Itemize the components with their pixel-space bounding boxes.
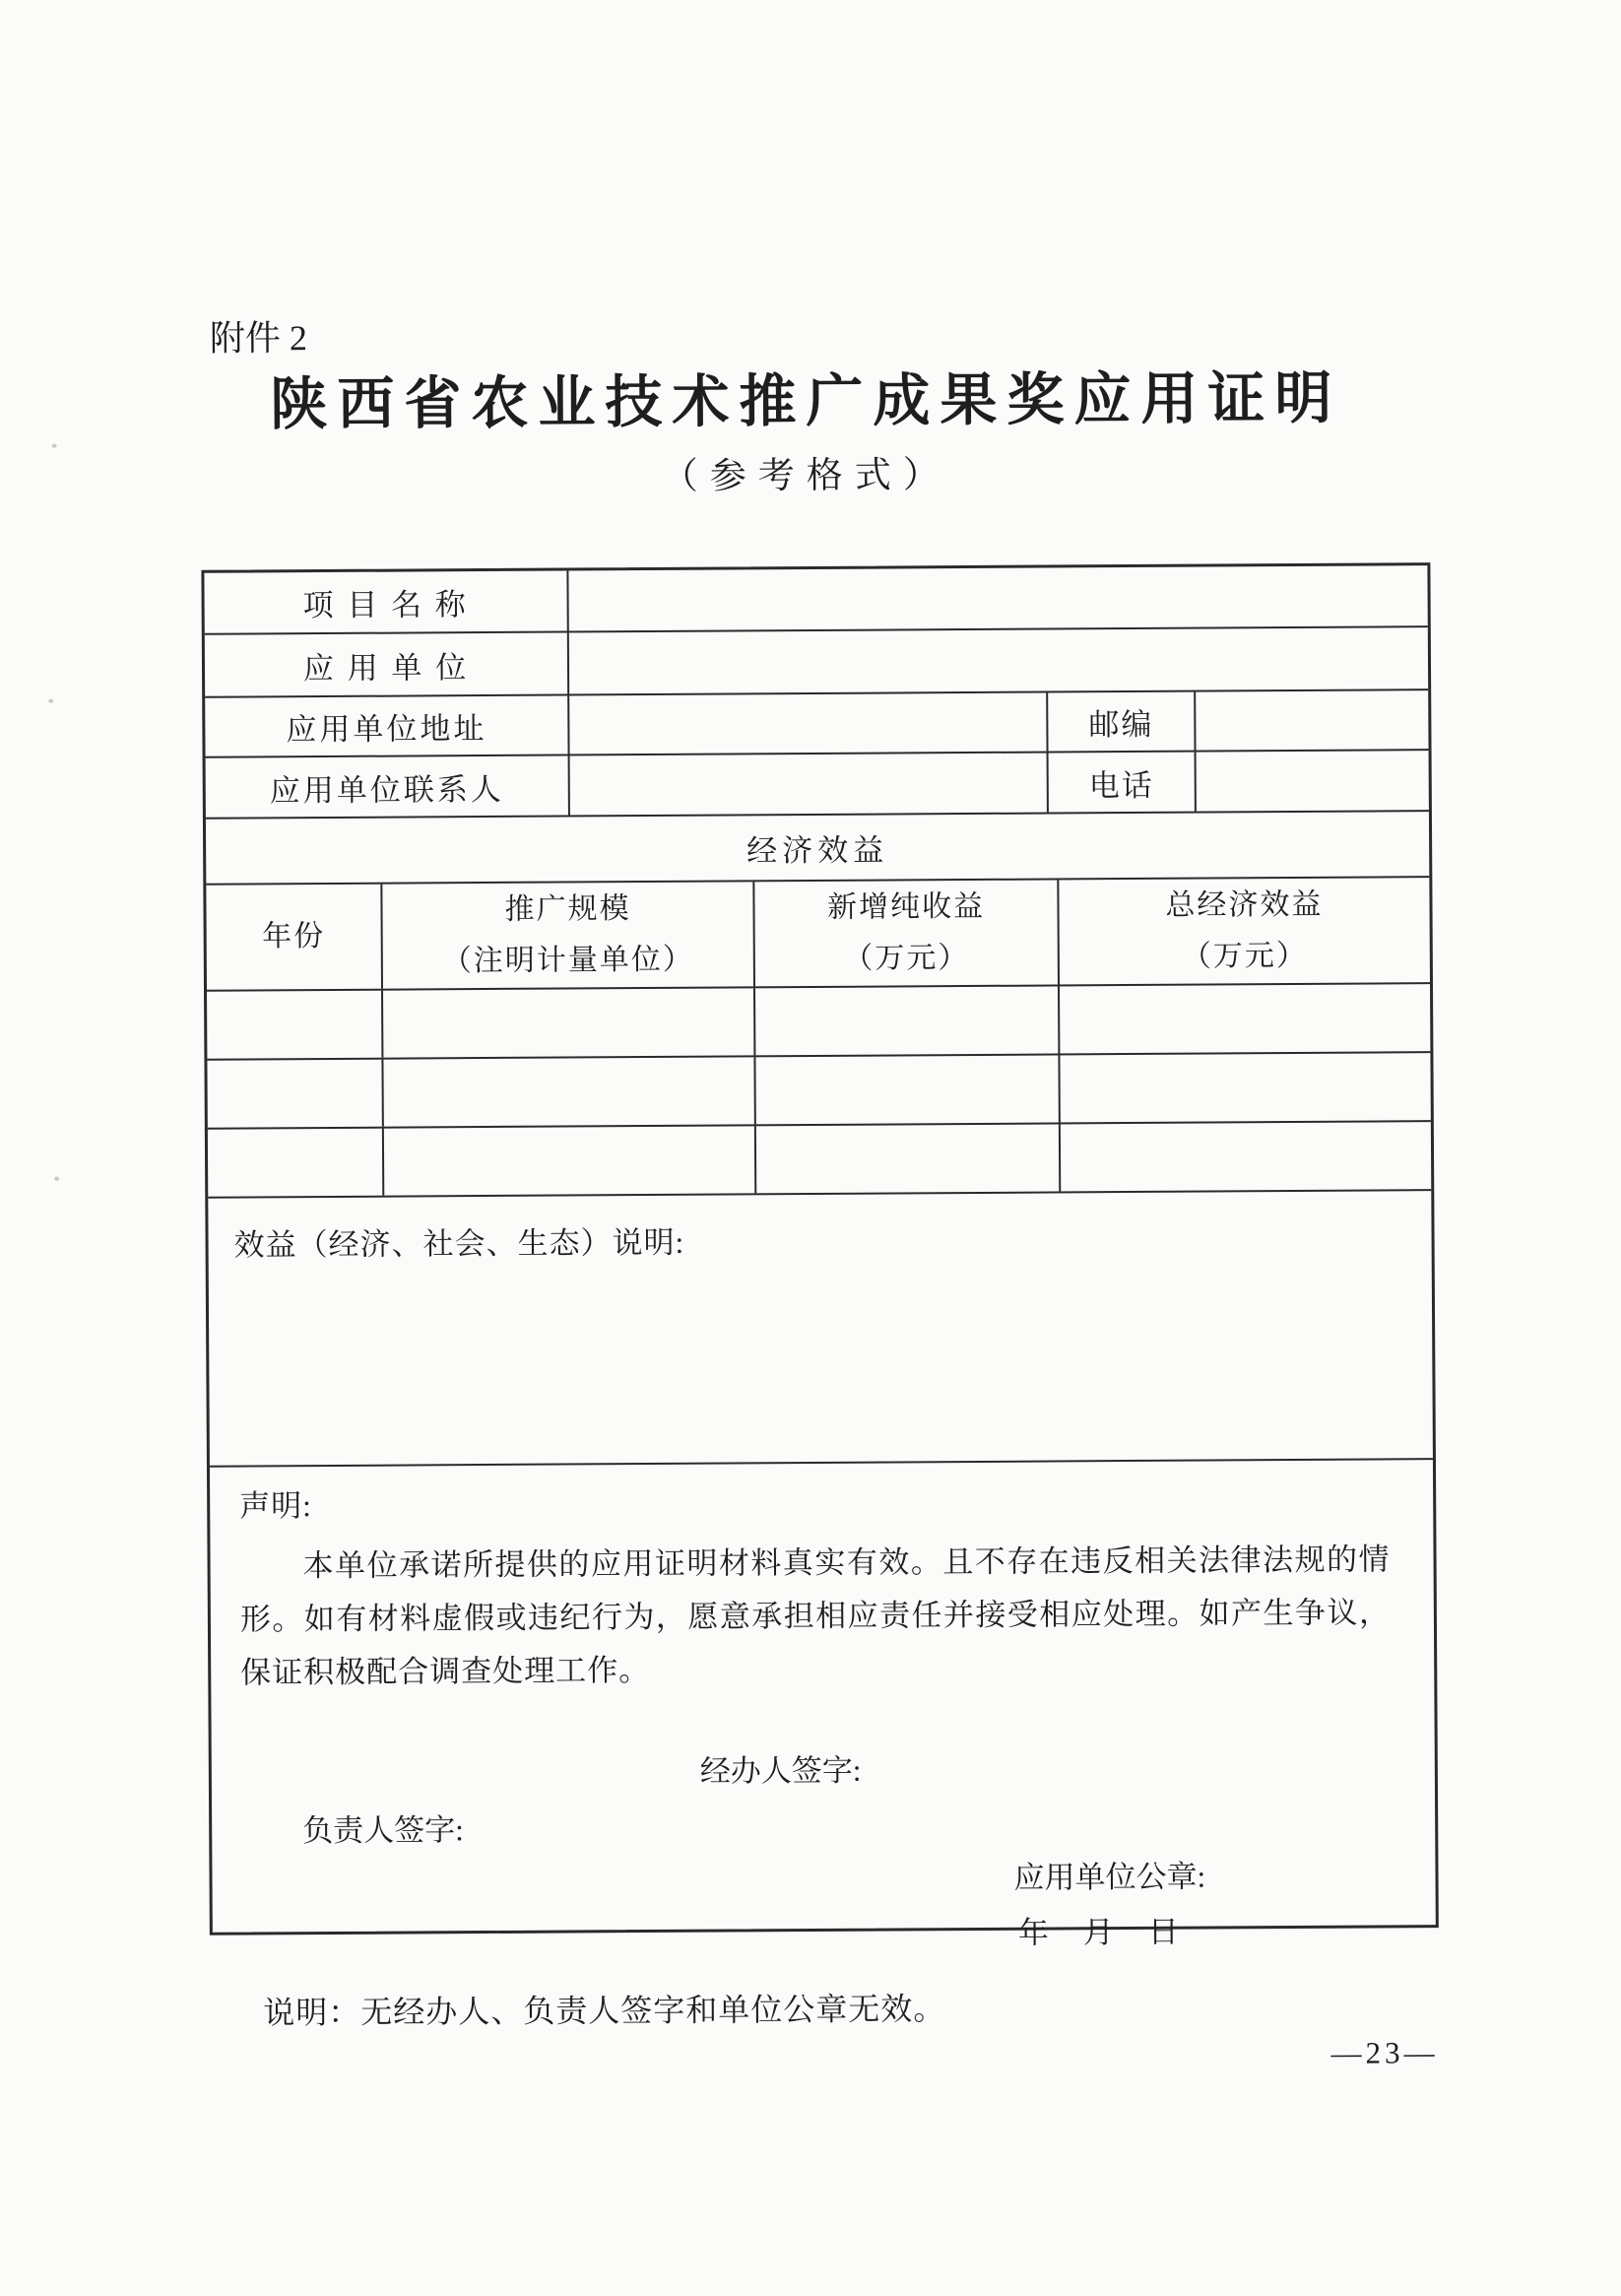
benefit-col-scale-line1: 推广规模 [504, 884, 630, 936]
declaration-body: 本单位承诺所提供的应用证明材料真实有效。且不存在违反相关法律法规的情形。如有材料… [239, 1533, 1391, 1699]
scan-speck [54, 1177, 59, 1181]
benefit-new-income-input-cell [755, 1055, 1060, 1124]
project-name-row: 项 目 名 称 [204, 565, 1427, 635]
benefit-scale-input-cell [383, 1057, 755, 1126]
benefit-data-row [207, 984, 1430, 1061]
unit-seal-label: 应用单位公章: [1013, 1856, 1405, 1897]
benefit-col-new-income-line2: （万元） [843, 933, 969, 985]
benefit-year-input-cell [207, 1060, 383, 1128]
handler-signature-label: 经办人签字: [700, 1747, 1405, 1791]
project-name-label: 项 目 名 称 [204, 570, 568, 632]
unit-contact-label: 应用单位联系人 [206, 755, 570, 817]
benefit-total-input-cell [1061, 1122, 1431, 1191]
benefit-new-income-input-cell [755, 986, 1060, 1055]
benefit-scale-input-cell [384, 1126, 756, 1195]
benefit-col-year-header: 年份 [206, 885, 383, 990]
document-subtitle: （参考格式） [0, 440, 1617, 503]
applying-unit-row: 应 用 单 位 [205, 627, 1428, 698]
benefit-col-new-income-line1: 新增纯收益 [827, 882, 985, 934]
unit-address-input-cell [569, 693, 1048, 754]
benefit-col-scale-header: 推广规模 （注明计量单位） [382, 882, 755, 988]
economic-benefit-section-row: 经济效益 [206, 812, 1429, 886]
benefit-note-row: 效益（经济、社会、生态）说明: [208, 1191, 1433, 1468]
phone-label: 电话 [1049, 753, 1197, 813]
document-page: 附件 2 陕西省农业技术推广成果奖应用证明 （参考格式） 项 目 名 称 应 用… [0, 0, 1621, 2296]
benefit-data-row [207, 1053, 1430, 1130]
application-form-table: 项 目 名 称 应 用 单 位 应用单位地址 邮编 应用单位联系人 电话 经济效… [201, 562, 1438, 1935]
postal-code-input-cell [1196, 690, 1428, 750]
unit-address-label: 应用单位地址 [205, 695, 569, 755]
benefit-col-total-header: 总经济效益 （万元） [1059, 878, 1430, 984]
project-name-input-cell [568, 565, 1427, 630]
benefit-note-label: 效益（经济、社会、生态）说明: [208, 1191, 1433, 1466]
benefit-col-year-line1: 年份 [262, 911, 325, 962]
declaration-row: 声明: 本单位承诺所提供的应用证明材料真实有效。且不存在违反相关法律法规的情形。… [210, 1460, 1436, 1933]
responsible-signature-label: 负责人签字: [302, 1804, 1405, 1851]
benefit-data-row [208, 1122, 1431, 1199]
applying-unit-label: 应 用 单 位 [205, 632, 569, 695]
benefit-col-total-line2: （万元） [1182, 931, 1308, 983]
attachment-label: 附件 2 [210, 310, 307, 361]
benefit-total-input-cell [1060, 1053, 1430, 1122]
benefit-total-input-cell [1060, 984, 1430, 1053]
economic-benefit-section-title: 经济效益 [206, 812, 1429, 884]
benefit-col-new-income-header: 新增纯收益 （万元） [754, 880, 1060, 986]
unit-contact-input-cell [570, 754, 1049, 816]
document-title: 陕西省农业技术推广成果奖应用证明 [0, 350, 1617, 442]
scan-speck [48, 699, 53, 703]
benefit-new-income-input-cell [756, 1124, 1061, 1193]
benefit-scale-input-cell [383, 988, 755, 1057]
date-label: 年 月 日 [1018, 1911, 1406, 1952]
page-number: —23— [1331, 2035, 1439, 2071]
form-footnote: 说明：无经办人、负责人签字和单位公章无效。 [263, 1984, 945, 2033]
scan-speck [52, 444, 57, 448]
unit-address-row: 应用单位地址 邮编 [205, 690, 1428, 758]
declaration-label: 声明: [239, 1479, 1403, 1526]
unit-contact-row: 应用单位联系人 电话 [206, 751, 1429, 820]
benefit-year-input-cell [208, 1129, 384, 1197]
postal-code-label: 邮编 [1048, 692, 1196, 752]
benefit-year-input-cell [207, 991, 383, 1059]
benefit-col-scale-line2: （注明计量单位） [442, 935, 694, 988]
phone-input-cell [1197, 751, 1429, 811]
applying-unit-input-cell [569, 627, 1428, 693]
benefit-col-total-line1: 总经济效益 [1165, 880, 1323, 932]
benefit-table-header-row: 年份 推广规模 （注明计量单位） 新增纯收益 （万元） 总经济效益 （万元） [206, 878, 1430, 992]
